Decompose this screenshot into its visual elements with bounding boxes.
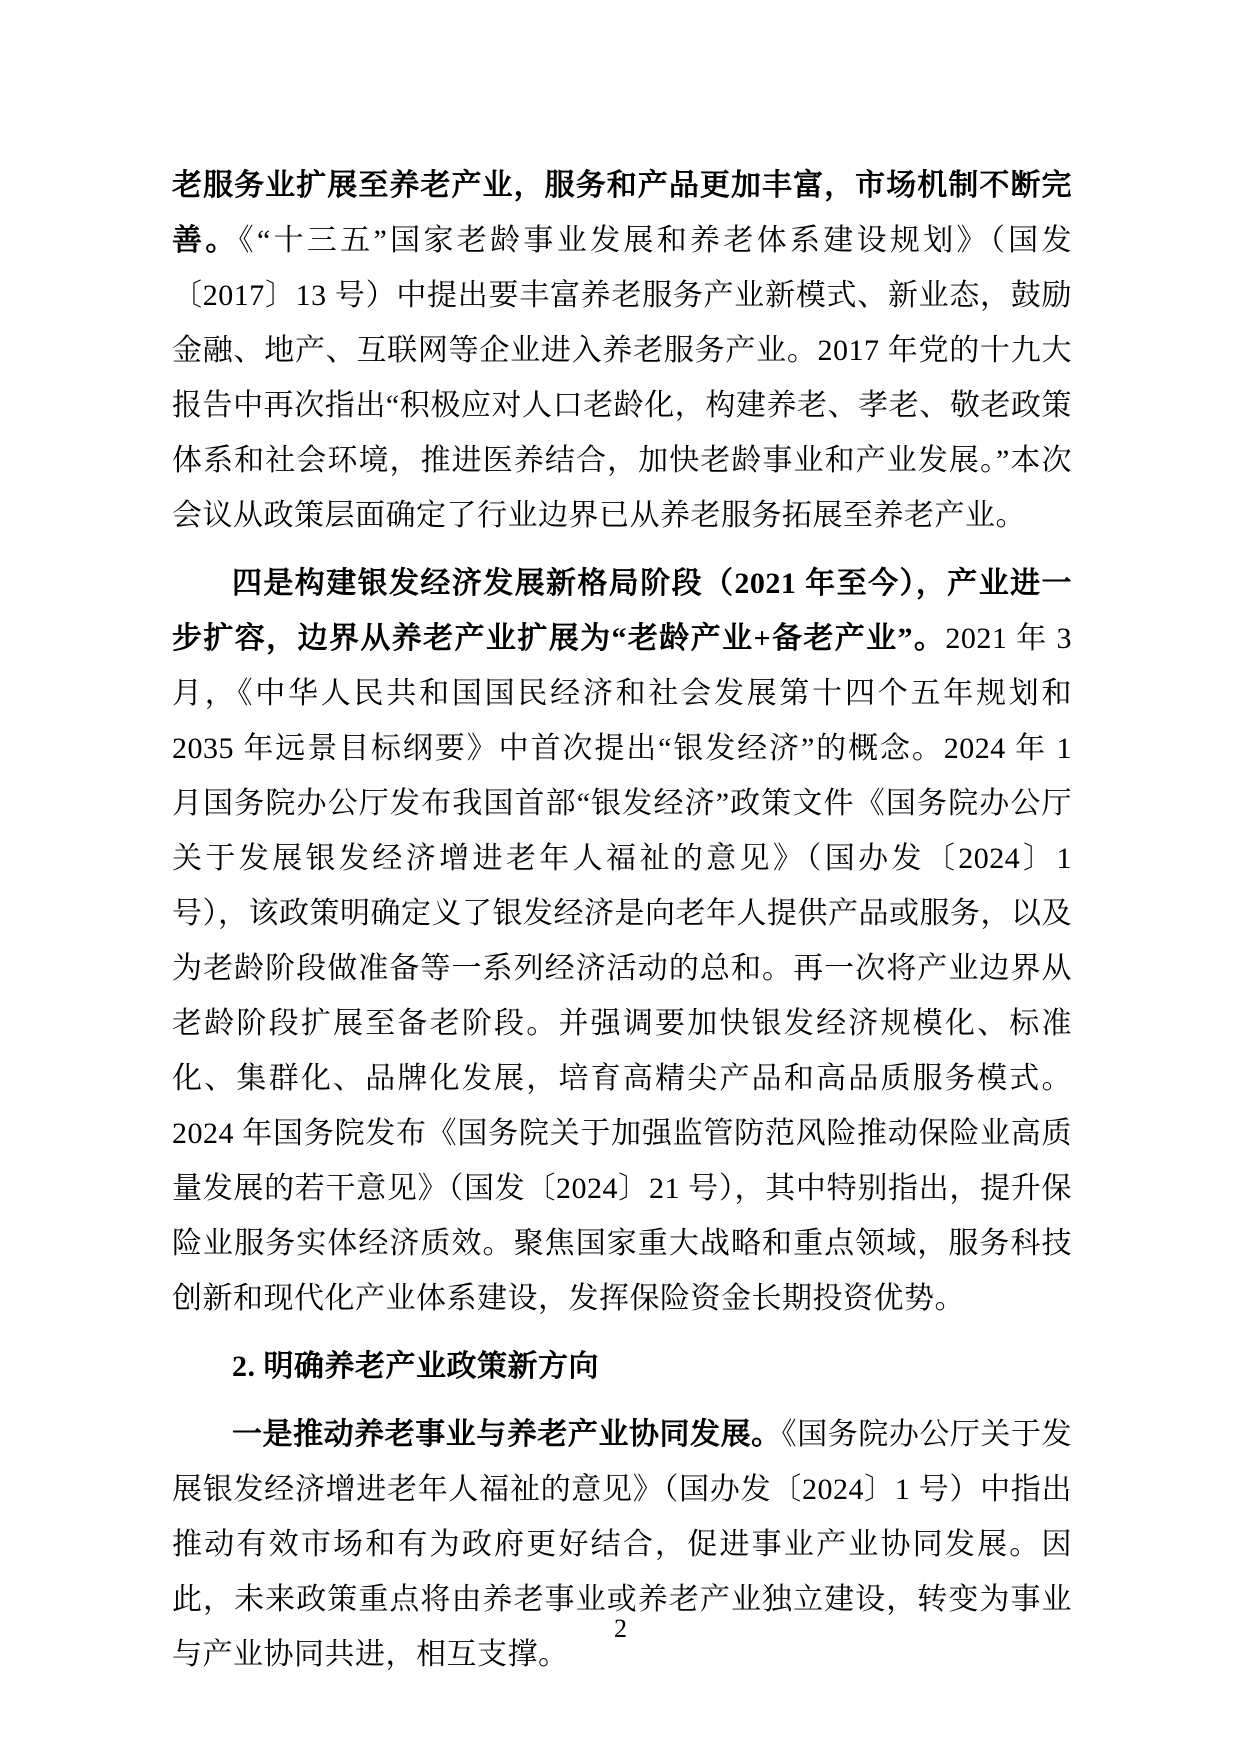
text-run-bold: 四是构建银发经济发展新格局阶段（2021 年至今），产业进一步扩容，边界从养老产… [172, 567, 1072, 655]
text-run: 《“十三五”国家老龄事业发展和养老体系建设规划》（国发〔2017〕13 号）中提… [172, 224, 1072, 532]
text-run-bold: 2. 明确养老产业政策新方向 [232, 1350, 599, 1383]
paragraph: 老服务业扩展至养老产业，服务和产品更加丰富，市场机制不断完善。《“十三五”国家老… [172, 158, 1072, 543]
text-run: 2021 年 3 月，《中华人民共和国国民经济和社会发展第十四个五年规划和 20… [172, 622, 1072, 1315]
text-run-bold: 一是推动养老事业与养老产业协同发展。 [232, 1418, 782, 1451]
section-heading: 2. 明确养老产业政策新方向 [172, 1339, 1072, 1394]
document-body: 老服务业扩展至养老产业，服务和产品更加丰富，市场机制不断完善。《“十三五”国家老… [172, 158, 1072, 1695]
page-number: 2 [0, 1612, 1241, 1646]
paragraph: 四是构建银发经济发展新格局阶段（2021 年至今），产业进一步扩容，边界从养老产… [172, 556, 1072, 1326]
document-page: 老服务业扩展至养老产业，服务和产品更加丰富，市场机制不断完善。《“十三五”国家老… [0, 0, 1241, 1754]
